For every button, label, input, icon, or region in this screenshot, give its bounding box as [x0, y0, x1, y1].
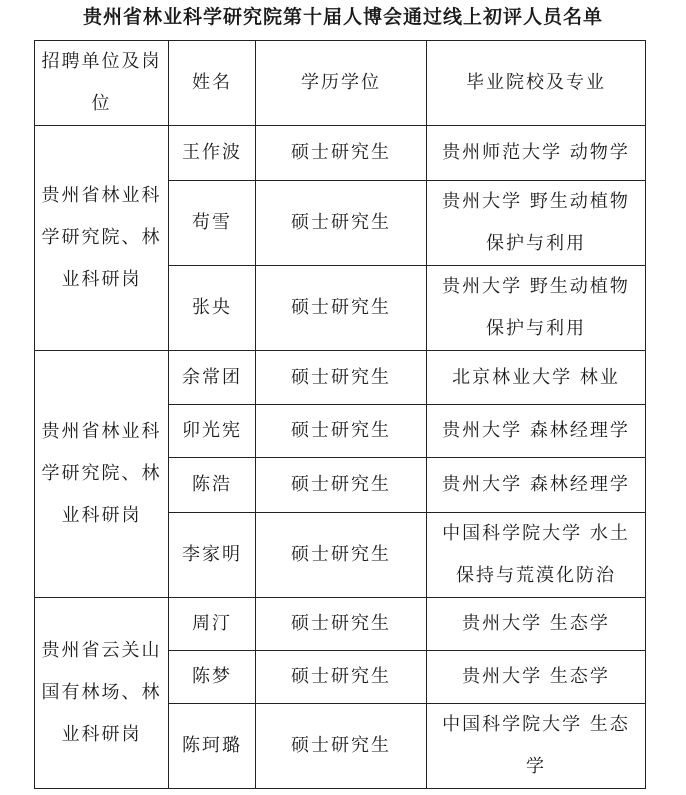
school-cell: 中国科学院大学 生态学 [427, 704, 646, 789]
document-title: 贵州省林业科学研究院第十届人博会通过线上初评人员名单 [0, 4, 686, 30]
degree-cell: 硕士研究生 [256, 513, 427, 598]
degree-cell: 硕士研究生 [256, 405, 427, 458]
degree-cell: 硕士研究生 [256, 126, 427, 181]
name-cell: 陈浩 [169, 458, 256, 513]
degree-cell: 硕士研究生 [256, 181, 427, 266]
unit-cell: 贵州省林业科学研究院、林业科研岗 [35, 351, 169, 598]
header-degree: 学历学位 [256, 41, 427, 126]
degree-cell: 硕士研究生 [256, 266, 427, 351]
header-unit: 招聘单位及岗位 [35, 41, 169, 126]
name-cell: 李家明 [169, 513, 256, 598]
table-row: 贵州省林业科学研究院、林业科研岗 余常团 硕士研究生 北京林业大学 林业 [35, 351, 646, 405]
unit-cell: 贵州省林业科学研究院、林业科研岗 [35, 126, 169, 351]
school-cell: 贵州师范大学 动物学 [427, 126, 646, 181]
name-cell: 卯光宪 [169, 405, 256, 458]
header-school: 毕业院校及专业 [427, 41, 646, 126]
school-cell: 贵州大学 森林经理学 [427, 405, 646, 458]
degree-cell: 硕士研究生 [256, 458, 427, 513]
school-cell: 贵州大学 野生动植物保护与利用 [427, 266, 646, 351]
name-cell: 余常团 [169, 351, 256, 405]
school-cell: 贵州大学 野生动植物保护与利用 [427, 181, 646, 266]
name-cell: 张央 [169, 266, 256, 351]
name-cell: 陈梦 [169, 651, 256, 704]
table-row: 贵州省云关山国有林场、林业科研岗 周汀 硕士研究生 贵州大学 生态学 [35, 598, 646, 651]
degree-cell: 硕士研究生 [256, 598, 427, 651]
degree-cell: 硕士研究生 [256, 351, 427, 405]
candidate-table: 招聘单位及岗位 姓名 学历学位 毕业院校及专业 贵州省林业科学研究院、林业科研岗… [34, 40, 646, 789]
degree-cell: 硕士研究生 [256, 651, 427, 704]
school-cell: 贵州大学 生态学 [427, 651, 646, 704]
school-cell: 贵州大学 生态学 [427, 598, 646, 651]
name-cell: 陈珂璐 [169, 704, 256, 789]
unit-cell: 贵州省云关山国有林场、林业科研岗 [35, 598, 169, 789]
table-header-row: 招聘单位及岗位 姓名 学历学位 毕业院校及专业 [35, 41, 646, 126]
school-cell: 北京林业大学 林业 [427, 351, 646, 405]
name-cell: 周汀 [169, 598, 256, 651]
header-name: 姓名 [169, 41, 256, 126]
school-cell: 贵州大学 森林经理学 [427, 458, 646, 513]
name-cell: 王作波 [169, 126, 256, 181]
degree-cell: 硕士研究生 [256, 704, 427, 789]
table-row: 贵州省林业科学研究院、林业科研岗 王作波 硕士研究生 贵州师范大学 动物学 [35, 126, 646, 181]
school-cell: 中国科学院大学 水土保持与荒漠化防治 [427, 513, 646, 598]
name-cell: 苟雪 [169, 181, 256, 266]
